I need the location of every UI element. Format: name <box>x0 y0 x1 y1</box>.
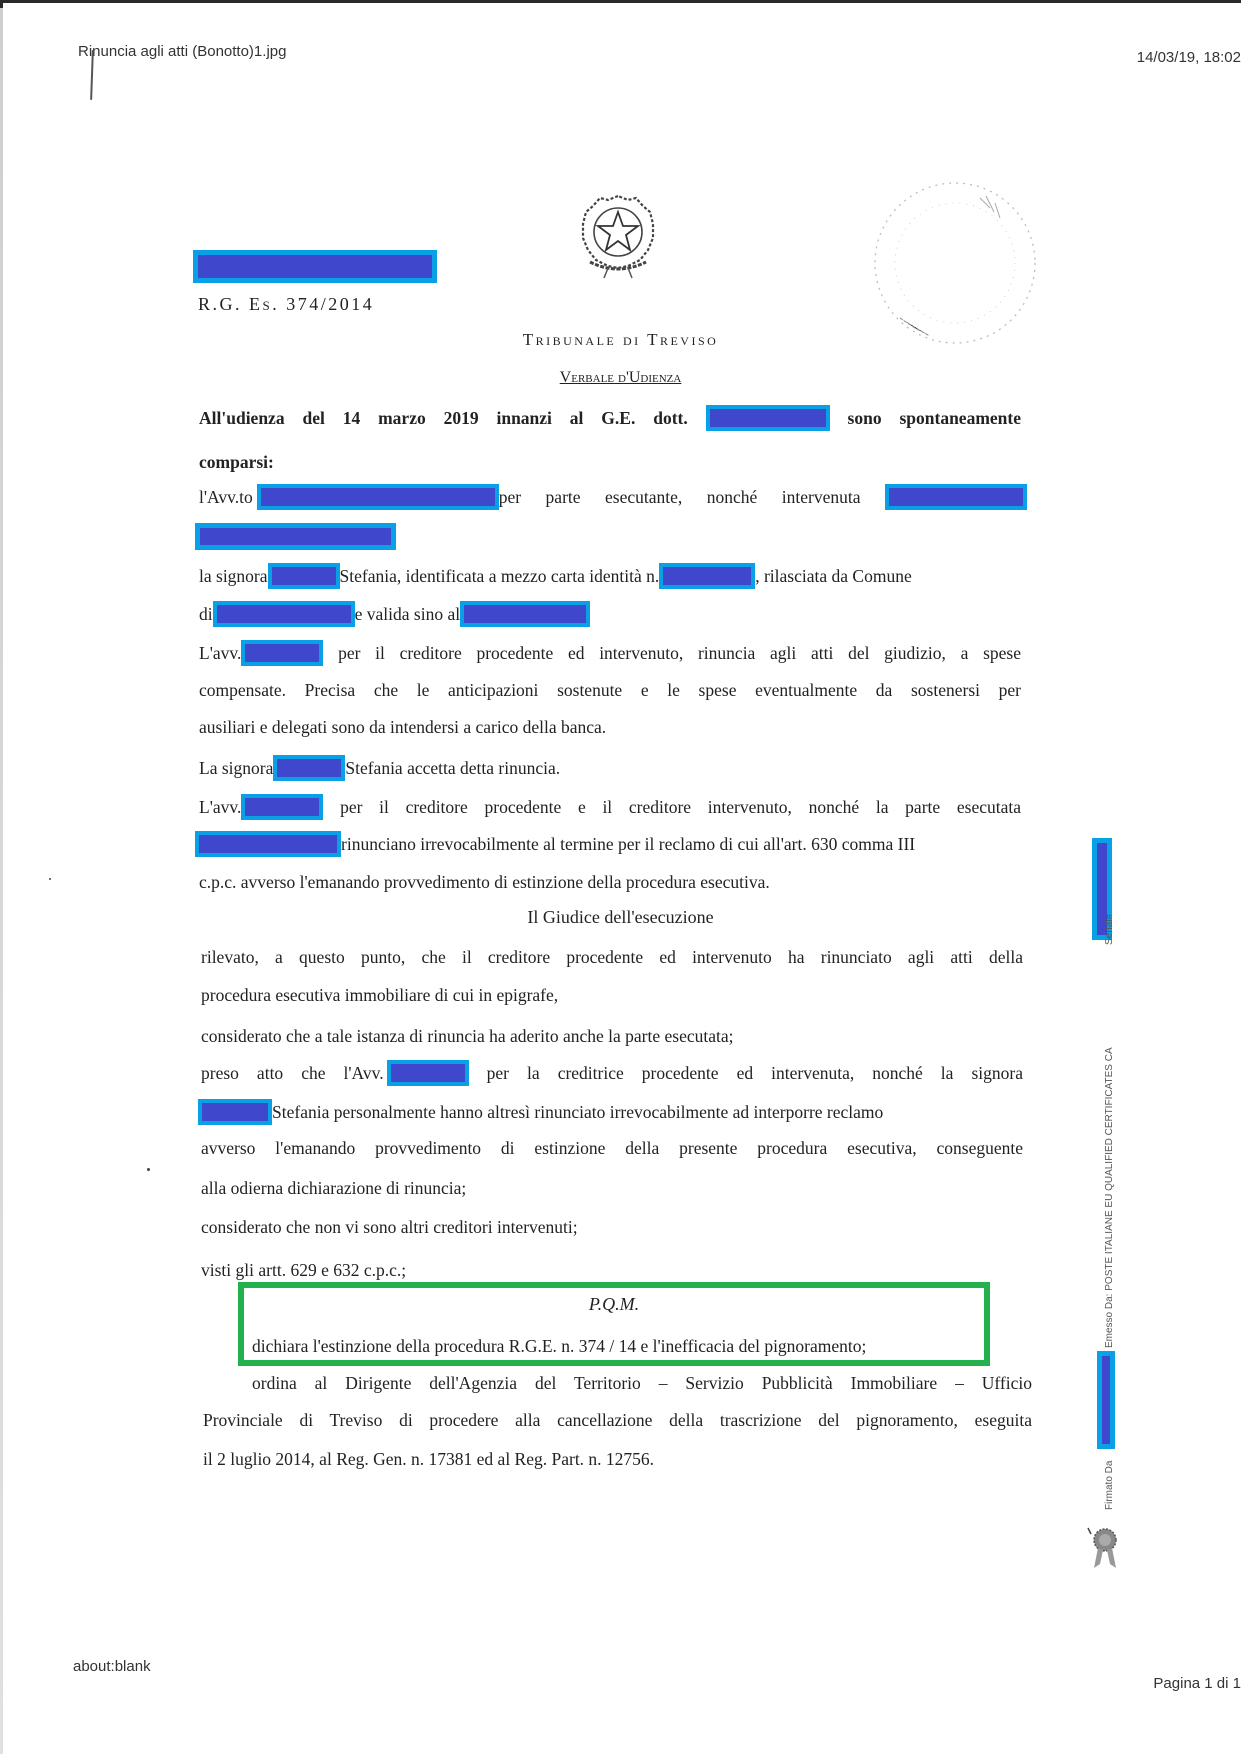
scan-speck <box>147 1168 150 1171</box>
procedura-line: procedura esecutiva immobiliare di cui i… <box>201 985 558 1006</box>
odierna-line: alla odierna dichiarazione di rinuncia; <box>201 1178 466 1199</box>
redacted-office-name <box>193 250 437 283</box>
redacted-issuing-comune <box>213 601 355 627</box>
scan-speck <box>49 878 51 880</box>
avverso-line: avverso l'emanando provvedimento di esti… <box>201 1138 1023 1159</box>
waiver-line-2: rinunciano irrevocabilmente al termine p… <box>195 834 1021 857</box>
redacted-lawyer-name-3 <box>241 794 323 820</box>
redacted-intervening-party-cont <box>195 523 396 550</box>
print-header-datetime: 14/03/19, 18:02 <box>1137 49 1241 66</box>
signature-firmato-da: Firmato Da <box>1104 1461 1115 1510</box>
ruling-line: dichiara l'estinzione della procedura R.… <box>252 1336 866 1357</box>
renunciation-line-3: ausiliari e delegati sono da intendersi … <box>199 717 606 738</box>
redacted-lawyer-name <box>257 484 499 510</box>
redacted-lawyer-name-4 <box>387 1060 469 1086</box>
window-left-border <box>0 0 3 1754</box>
considerato-line-1: considerato che a tale istanza di rinunc… <box>201 1026 734 1047</box>
acceptance-line: La signoraStefania accetta detta rinunci… <box>199 758 560 781</box>
lawyer-line: l'Avv.toper parte esecutante, nonché int… <box>199 487 1027 510</box>
redacted-intervening-party <box>885 484 1027 510</box>
case-number: R.G. Es. 374/2014 <box>198 294 374 315</box>
pqm-heading: P.Q.M. <box>238 1294 990 1315</box>
renunciation-line-2: compensate. Precisa che le anticipazioni… <box>199 680 1021 701</box>
order-line-3: il 2 luglio 2014, al Reg. Gen. n. 17381 … <box>203 1449 654 1470</box>
redacted-expiry-date <box>460 601 590 627</box>
signature-serial-label: Serial# <box>1104 914 1115 945</box>
redacted-lawyer-name-2 <box>241 640 323 666</box>
order-line-1: ordina al Dirigente dell'Agenzia del Ter… <box>252 1373 1032 1394</box>
order-line-2: Provinciale di Treviso di procedere alla… <box>203 1410 1032 1431</box>
visti-line: visti gli artt. 629 e 632 c.p.c.; <box>201 1260 406 1281</box>
signature-emesso-da: Emesso Da: POSTE ITALIANE EU QUALIFIED C… <box>1104 1047 1115 1348</box>
preso-atto-line: preso atto che l'Avv. per la creditrice … <box>201 1063 1023 1086</box>
redacted-debtor-name <box>195 831 341 857</box>
window-top-border <box>0 0 1241 3</box>
waiver-line-1: L'avv. per il creditore procedente e il … <box>199 797 1021 820</box>
redacted-debtor-surname-2 <box>273 755 345 781</box>
comparsi-line: comparsi: <box>199 452 274 473</box>
court-name: Tribunale di Treviso <box>0 330 1241 350</box>
digital-signature-seal-icon <box>1085 1524 1121 1570</box>
italian-republic-emblem-icon <box>568 190 668 280</box>
print-footer-page-indicator: Pagina 1 di 1 <box>1153 1675 1241 1692</box>
stefania-line: Stefania personalmente hanno altresì rin… <box>198 1102 1023 1125</box>
redacted-judge-name <box>706 405 830 431</box>
renunciation-line-1: L'avv. per il creditore procedente ed in… <box>199 643 1021 666</box>
pen-mark <box>90 50 94 100</box>
redacted-debtor-surname <box>268 563 340 589</box>
print-footer-url: about:blank <box>73 1658 151 1675</box>
waiver-line-3: c.p.c. avverso l'emanando provvedimento … <box>199 872 770 893</box>
print-header-title: Rinuncia agli atti (Bonotto)1.jpg <box>78 43 286 60</box>
document-heading: Verbale d'Udienza <box>0 369 1241 387</box>
intro-line: All'udienza del 14 marzo 2019 innanzi al… <box>199 408 1021 431</box>
rilevato-line: rilevato, a questo punto, che il credito… <box>201 947 1023 968</box>
redacted-id-number <box>659 563 755 589</box>
debtor-identity-line: la signoraStefania, identificata a mezzo… <box>199 566 1027 589</box>
judge-heading: Il Giudice dell'esecuzione <box>0 907 1241 928</box>
redacted-debtor-surname-3 <box>198 1099 272 1125</box>
considerato-line-2: considerato che non vi sono altri credit… <box>201 1217 578 1238</box>
id-validity-line: die valida sino al <box>199 604 590 627</box>
redacted-signer-name <box>1097 1351 1115 1449</box>
